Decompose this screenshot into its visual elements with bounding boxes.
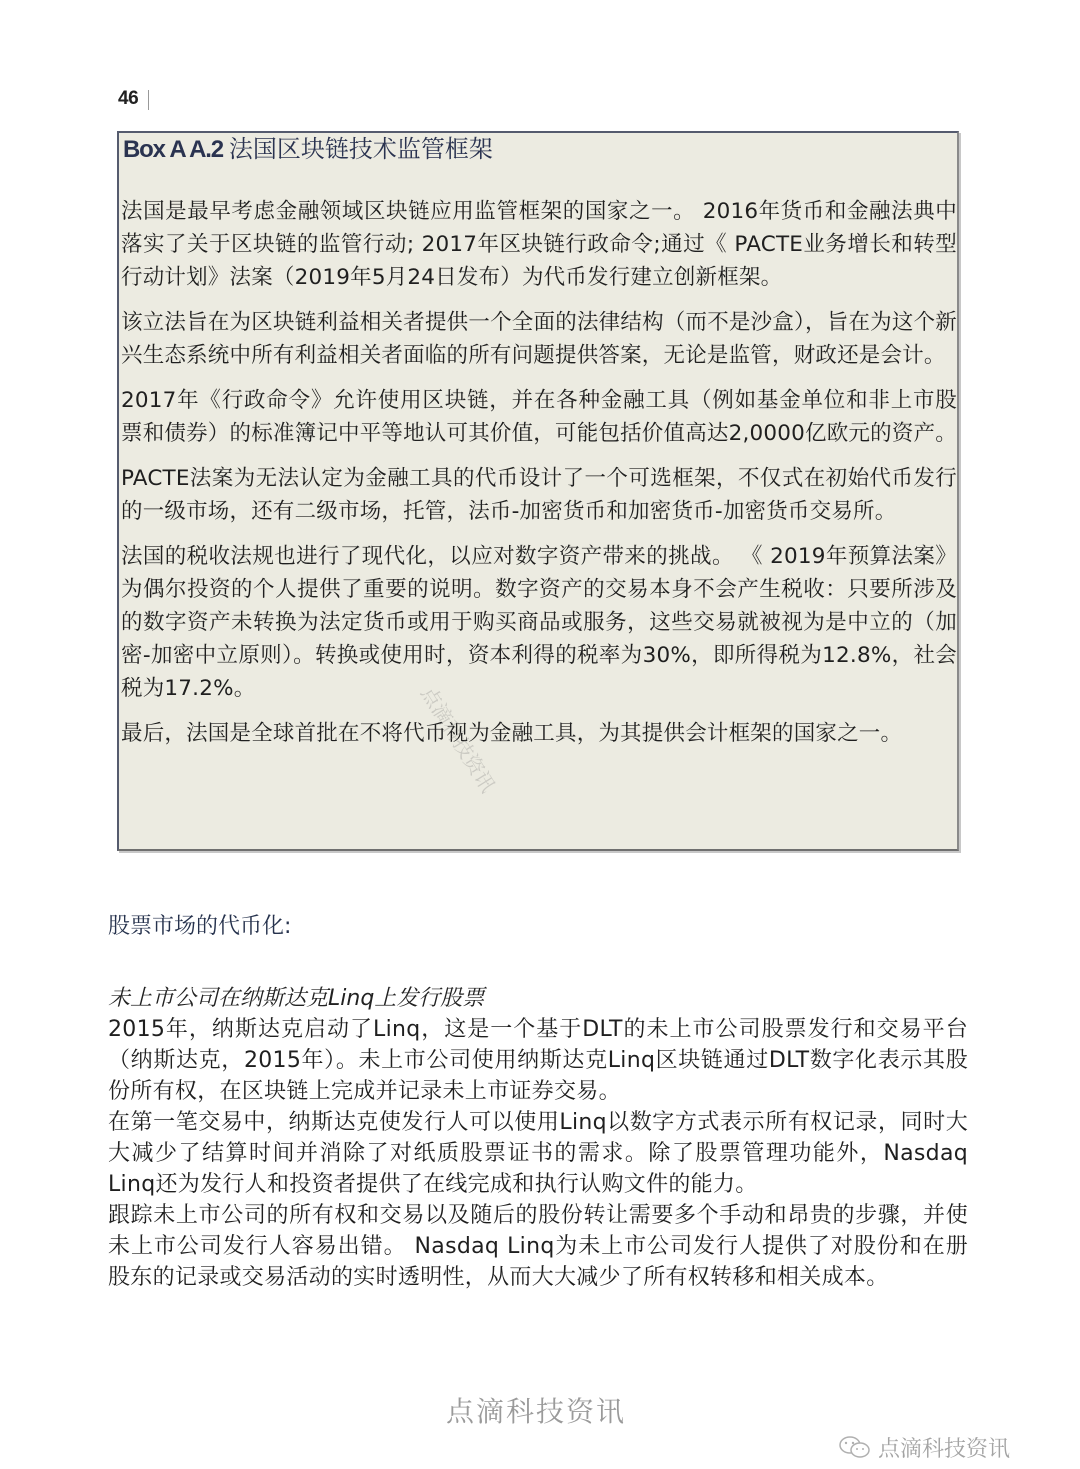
box-paragraph: PACTE法案为无法认定为金融工具的代币设计了一个可选框架，不仅式在初始代币发行…: [121, 462, 957, 528]
article-paragraph: 跟踪未上市公司的所有权和交易以及随后的股份转让需要多个手动和昂贵的步骤，并使未上…: [108, 1200, 968, 1293]
box-paragraph: 法国的税收法规也进行了现代化，以应对数字资产带来的挑战。 《 2019年预算法案…: [121, 540, 957, 705]
footer-brand-watermark: 点滴科技资讯: [446, 1390, 626, 1430]
box-paragraph: 法国是最早考虑金融领域区块链应用监管框架的国家之一。 2016年货币和金融法典中…: [121, 195, 957, 294]
wechat-account-mark: 点滴科技资讯: [838, 1432, 1010, 1463]
box-paragraph: 2017年《行政命令》允许使用区块链，并在各种金融工具（例如基金单位和非上市股票…: [121, 384, 957, 450]
info-box: Box A A.2法国区块链技术监管框架 法国是最早考虑金融领域区块链应用监管框…: [117, 131, 959, 851]
wechat-account-name: 点滴科技资讯: [878, 1432, 1010, 1463]
section-heading: 股票市场的代币化:: [108, 912, 291, 942]
box-paragraph: 该立法旨在为区块链利益相关者提供一个全面的法律结构（而不是沙盒），旨在为这个新兴…: [121, 306, 957, 372]
article-paragraph: 2015年，纳斯达克启动了Linq，这是一个基于DLT的未上市公司股票发行和交易…: [108, 1014, 968, 1107]
article-paragraph: 在第一笔交易中，纳斯达克使发行人可以使用Linq以数字方式表示所有权记录，同时大…: [108, 1107, 968, 1200]
box-title: Box A A.2法国区块链技术监管框架: [123, 133, 493, 166]
article: 未上市公司在纳斯达克Linq上发行股票 2015年，纳斯达克启动了Linq，这是…: [108, 984, 968, 1293]
box-id: Box A A.2: [123, 136, 223, 163]
box-paragraph: 最后，法国是全球首批在不将代币视为金融工具，为其提供会计框架的国家之一。: [121, 717, 957, 750]
box-body: 法国是最早考虑金融领域区块链应用监管框架的国家之一。 2016年货币和金融法典中…: [121, 195, 957, 762]
box-title-text: 法国区块链技术监管框架: [229, 135, 493, 163]
page-number-divider: [148, 90, 149, 110]
article-title: 未上市公司在纳斯达克Linq上发行股票: [108, 984, 968, 1014]
page-number: 46: [118, 88, 138, 110]
wechat-icon: [838, 1435, 872, 1461]
